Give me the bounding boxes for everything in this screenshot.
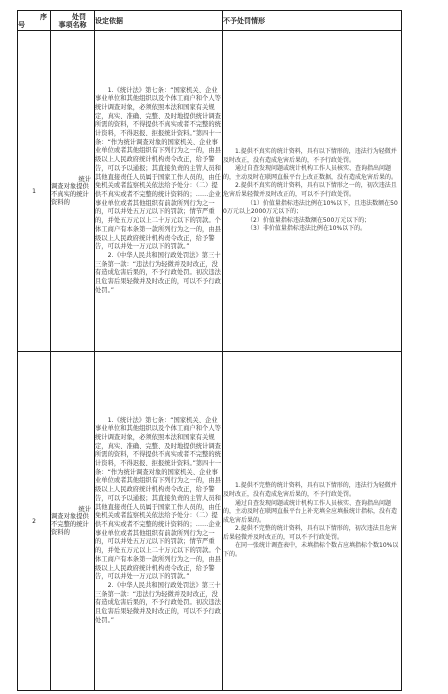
- header-row: 序 号 处罚 事项名称 设定依据 不予处罚情形: [18, 11, 402, 31]
- exempt-paragraph: 通过自查发现问题或统计机构工作人员核实、查询指出问题的，主动及时在联网直报平台上…: [223, 500, 401, 526]
- table-row: 2 统计 调查对象提供不完整的统计资料的 1.《统计法》第七条：“国家机关、企业…: [18, 352, 402, 691]
- basis-paragraph: 2.《中华人民共和国行政处罚法》第三十三条第一款：“违法行为轻微并及时改正，没有…: [95, 252, 222, 296]
- exempt-subitem: （1）价值量指标违法比例在10%以下，且违法数额在500万元以上2000万元以下…: [223, 200, 401, 217]
- row-seq: 1: [18, 31, 51, 352]
- exempt-paragraph: 1.提供不真实的统计资料，具有以下情形的，违法行为轻微并及时改正，没有造成危害后…: [223, 148, 401, 165]
- row-exemption-cases: 1.提供不真实的统计资料，具有以下情形的，违法行为轻微并及时改正，没有造成危害后…: [223, 31, 402, 352]
- exempt-paragraph: 在同一张统计调查表中，未填指标个数占应填指标个数10%以下的。: [223, 542, 401, 559]
- exempt-subitem: （3）非价值量指标违法比例在10%以下的。: [223, 225, 401, 234]
- header-seq: 序 号: [18, 11, 51, 31]
- penalty-exemption-table: 序 号 处罚 事项名称 设定依据 不予处罚情形 1 统计 调查对象提供不真实的统…: [17, 10, 402, 691]
- exempt-paragraph: 通过自查发现问题或统计机构工作人员核实、查询指出问题的，主动及时在联网直报平台上…: [223, 165, 401, 182]
- exempt-paragraph: 2.提供不完整的统计资料，具有以下情形的，初次违法且危害后果轻微并及时改正的，可…: [223, 525, 401, 542]
- row-item-name: 统计 调查对象提供不真实的统计资料的: [51, 31, 95, 352]
- row-legal-basis: 1.《统计法》第七条：“国家机关、企业事业单位和其他组织以及个体工商户和个人等统…: [95, 352, 223, 691]
- row-legal-basis: 1.《统计法》第七条：“国家机关、企业事业单位和其他组织以及个体工商户和个人等统…: [95, 31, 223, 352]
- basis-paragraph: 1.《统计法》第七条：“国家机关、企业事业单位和其他组织以及个体工商户和个人等统…: [95, 87, 222, 252]
- row-seq: 2: [18, 352, 51, 691]
- row-exemption-cases: 1.提供不完整的统计资料，具有以下情形的，违法行为轻微并及时改正，没有造成危害后…: [223, 352, 402, 691]
- header-exemption-cases: 不予处罚情形: [223, 11, 402, 31]
- basis-paragraph: 1.《统计法》第七条：“国家机关、企业事业单位和其他组织以及个体工商户和个人等统…: [95, 417, 222, 582]
- table-row: 1 统计 调查对象提供不真实的统计资料的 1.《统计法》第七条：“国家机关、企业…: [18, 31, 402, 352]
- basis-paragraph: 2.《中华人民共和国行政处罚法》第三十三条第一款：“违法行为轻微并及时改正，没有…: [95, 582, 222, 626]
- header-item-name: 处罚 事项名称: [51, 11, 95, 31]
- exempt-paragraph: 1.提供不完整的统计资料，具有以下情形的，违法行为轻微并及时改正，没有造成危害后…: [223, 482, 401, 499]
- exempt-paragraph: 2.提供不真实的统计资料，具有以下情形之一的，初次违法且危害后果轻微并及时改正的…: [223, 182, 401, 199]
- row-item-name: 统计 调查对象提供不完整的统计资料的: [51, 352, 95, 691]
- header-legal-basis: 设定依据: [95, 11, 223, 31]
